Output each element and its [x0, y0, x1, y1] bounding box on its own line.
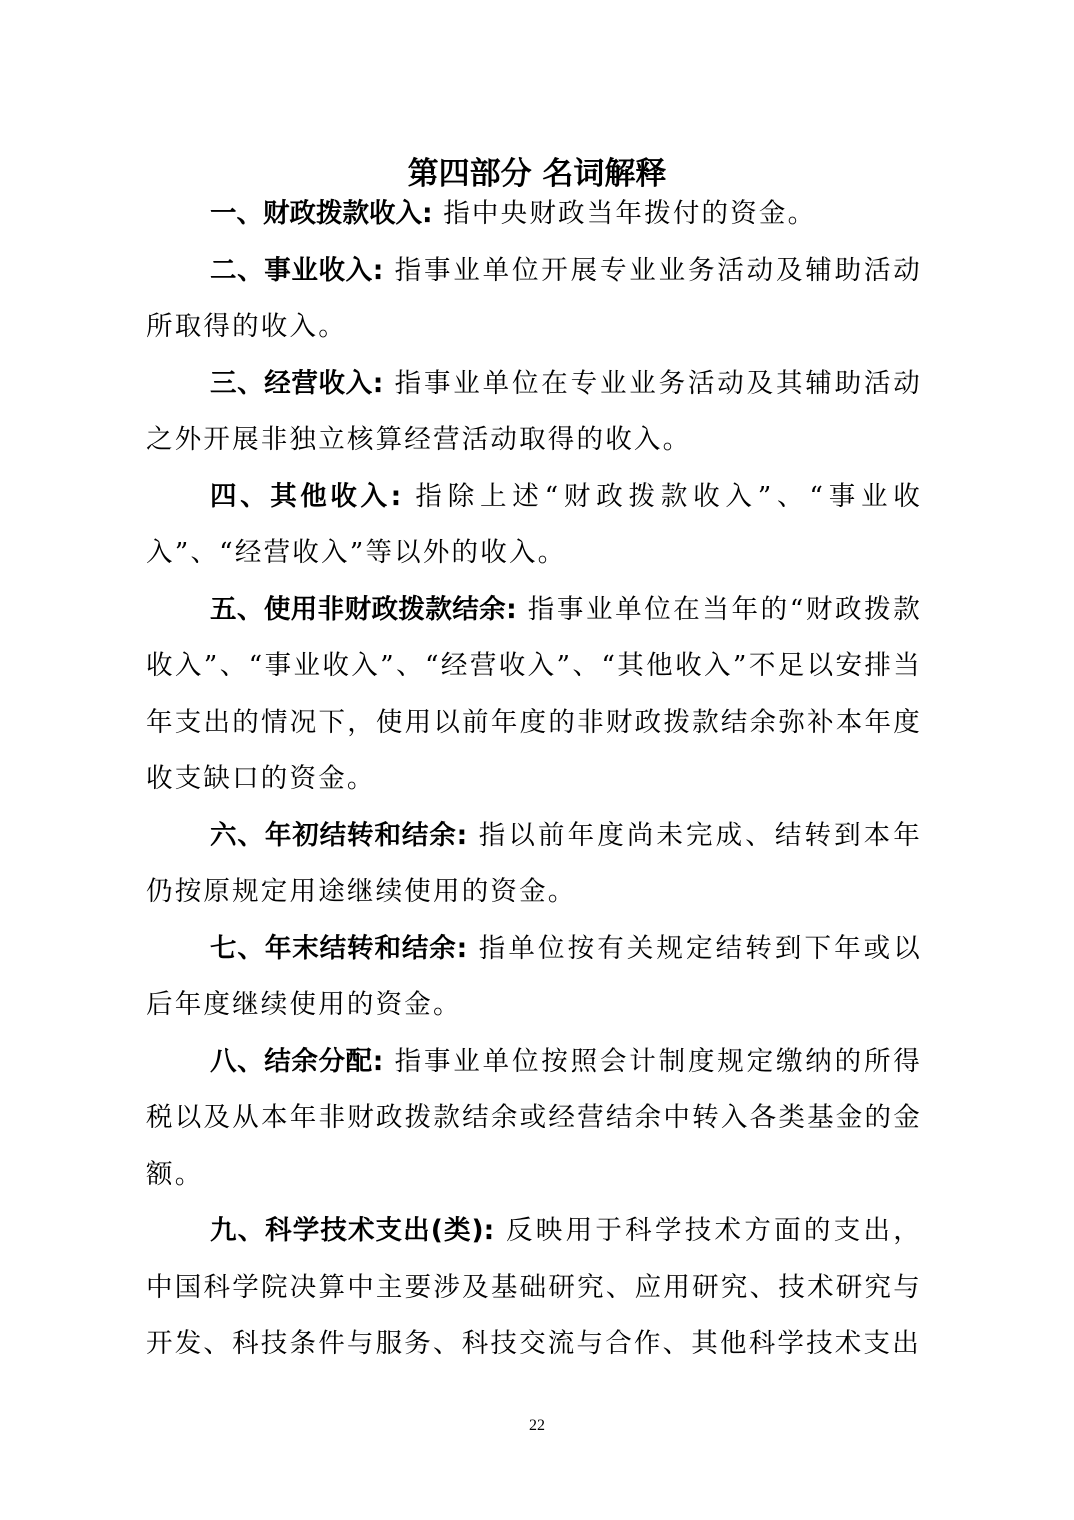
definition-entry-use-of-non-fiscal-balance: 五、使用非财政拨款结余: 指事业单位在当年的“财政拨款收入”、“事业收入”、“经… [146, 582, 922, 808]
definition-entry-operating-income: 三、经营收入: 指事业单位在专业业务活动及其辅助活动之外开展非独立核算经营活动取… [146, 356, 922, 469]
definition-entry-other-income: 四、其他收入: 指除上述“财政拨款收入”、“事业收入”、“经营收入”等以外的收入… [146, 469, 922, 582]
definition-entry-science-technology-expenditure: 九、科学技术支出(类): 反映用于科学技术方面的支出，中国科学院决算中主要涉及基… [146, 1203, 922, 1373]
definition-entry-balance-distribution: 八、结余分配: 指事业单位按照会计制度规定缴纳的所得税以及从本年非财政拨款结余或… [146, 1034, 922, 1204]
term-label: 二、事业收入: [210, 255, 383, 286]
definition-entry-business-income: 二、事业收入: 指事业单位开展专业业务活动及辅助活动所取得的收入。 [146, 243, 922, 356]
term-label: 三、经营收入: [210, 368, 383, 399]
definition-entry-fiscal-appropriation-income: 一、财政拨款收入: 指中央财政当年拨付的资金。 [146, 186, 922, 243]
definitions-list: 一、财政拨款收入: 指中央财政当年拨付的资金。 二、事业收入: 指事业单位开展专… [146, 186, 922, 1373]
term-label: 八、结余分配: [210, 1046, 383, 1077]
term-definition: 指中央财政当年拨付的资金。 [433, 198, 817, 229]
definition-entry-closing-carryover: 七、年末结转和结余: 指单位按有关规定结转到下年或以后年度继续使用的资金。 [146, 921, 922, 1034]
term-label: 四、其他收入: [210, 481, 401, 512]
term-label: 五、使用非财政拨款结余: [210, 594, 517, 625]
term-label: 六、年初结转和结余: [210, 820, 467, 851]
page-number: 22 [0, 1416, 1074, 1436]
term-label: 七、年末结转和结余: [210, 933, 467, 964]
term-label: 九、科学技术支出(类): [210, 1215, 494, 1246]
definition-entry-opening-carryover: 六、年初结转和结余: 指以前年度尚未完成、结转到本年仍按原规定用途继续使用的资金… [146, 808, 922, 921]
term-label: 一、财政拨款收入: [210, 198, 433, 229]
